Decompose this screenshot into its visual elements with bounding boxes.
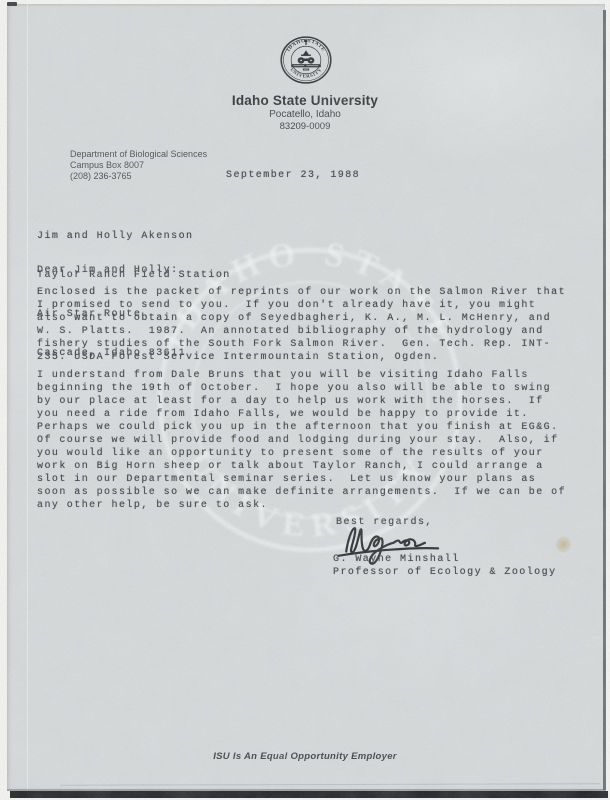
scan-bottom-shadow [10,791,608,798]
department-name: Department of Biological Sciences [70,149,207,160]
department-box: Campus Box 8007 [70,160,207,171]
body-paragraph-1: Enclosed is the packet of reprints of ou… [37,286,597,364]
recipient-line: Jim and Holly Akenson [37,230,231,243]
department-phone: (208) 236-3765 [70,171,207,182]
university-city: Pocatello, Idaho [0,109,610,120]
body-paragraph-2: I understand from Dale Bruns that you wi… [37,369,597,512]
letter-date: September 23, 1988 [226,169,360,182]
university-zip: 83209-0009 [0,121,610,132]
department-block: Department of Biological Sciences Campus… [70,149,207,182]
handwritten-signature [336,523,451,567]
salutation: Dear Jim and Holly: [37,264,179,277]
scan-corner-mark [7,2,17,6]
paper-stain-spot [556,536,571,553]
signer-title: Professor of Ecology & Zoology [333,566,557,579]
scan-right-shadow [603,10,606,790]
scanned-letter-page: IDAHO STATE UNIVERSITY IDAHO STATE UNIVE… [0,0,610,800]
university-seal-icon: IDAHO STATE UNIVERSITY [279,35,333,85]
university-name: Idaho State University [0,93,610,108]
footer-eoe: ISU Is An Equal Opportunity Employer [0,751,610,762]
